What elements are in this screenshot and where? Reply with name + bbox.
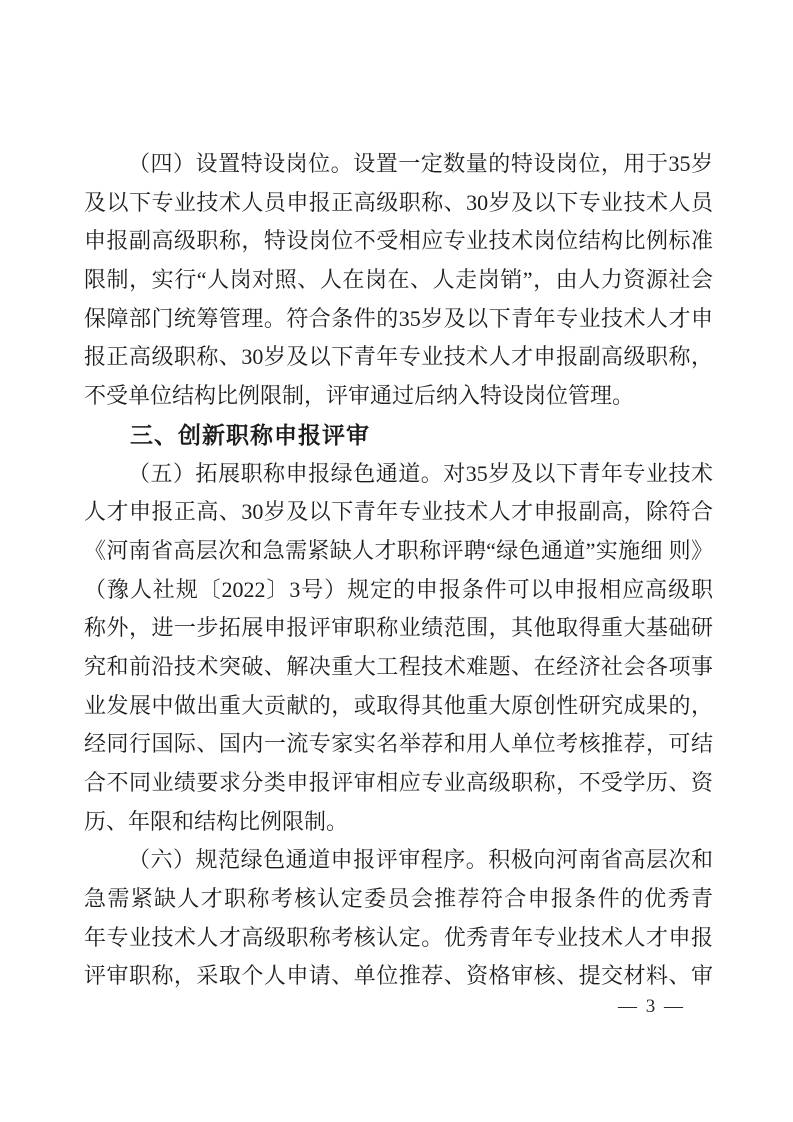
- text-line: 报正高级职称、30岁及以下青年专业技术人才申报副高级职称，: [84, 338, 713, 377]
- text-line: 究和前沿技术突破、解决重大工程技术难题、在经济社会各项事: [84, 648, 713, 687]
- text-line: 业发展中做出重大贡献的，或取得其他重大原创性研究成果的，: [84, 687, 713, 726]
- text-line: 及以下专业技术人员申报正高级职称、30岁及以下专业技术人员: [84, 184, 713, 223]
- text-line: （六）规范绿色通道申报评审程序。积极向河南省高层次和: [84, 841, 713, 880]
- text-line: 年专业技术人才高级职称考核认定。优秀青年专业技术人才申报: [84, 919, 713, 958]
- text-line: 人才申报正高、30岁及以下青年专业技术人才申报副高，除符合: [84, 493, 713, 532]
- text-line: （四）设置特设岗位。设置一定数量的特设岗位，用于35岁: [84, 145, 713, 184]
- text-line: 称外，进一步拓展申报评审职称业绩范围，其他取得重大基础研: [84, 609, 713, 648]
- document-page: （四）设置特设岗位。设置一定数量的特设岗位，用于35岁 及以下专业技术人员申报正…: [0, 0, 793, 1122]
- text-line: 申报副高级职称，特设岗位不受相应专业技术岗位结构比例标准: [84, 222, 713, 261]
- text-line: 评审职称，采取个人申请、单位推荐、资格审核、提交材料、审: [84, 957, 713, 996]
- document-body: （四）设置特设岗位。设置一定数量的特设岗位，用于35岁 及以下专业技术人员申报正…: [84, 145, 713, 996]
- section-heading: 三、创新职称申报评审: [84, 416, 713, 455]
- text-line: （五）拓展职称申报绿色通道。对35岁及以下青年专业技术: [84, 455, 713, 494]
- page-number: — 3 —: [618, 996, 685, 1018]
- text-line: 历、年限和结构比例限制。: [84, 803, 713, 842]
- text-line: 限制，实行“人岗对照、人在岗在、人走岗销”，由人力资源社会: [84, 261, 713, 300]
- text-line: 经同行国际、国内一流专家实名举荐和用人单位考核推荐，可结: [84, 725, 713, 764]
- text-line: 《河南省高层次和急需紧缺人才职称评聘“绿色通道”实施细 则》: [84, 532, 713, 571]
- text-line: 保障部门统筹管理。符合条件的35岁及以下青年专业技术人才申: [84, 300, 713, 339]
- text-line: 不受单位结构比例限制，评审通过后纳入特设岗位管理。: [84, 377, 713, 416]
- text-line: 急需紧缺人才职称考核认定委员会推荐符合申报条件的优秀青: [84, 880, 713, 919]
- text-line: （豫人社规〔2022〕3号）规定的申报条件可以申报相应高级职: [84, 571, 713, 610]
- text-line: 合不同业绩要求分类申报评审相应专业高级职称，不受学历、资: [84, 764, 713, 803]
